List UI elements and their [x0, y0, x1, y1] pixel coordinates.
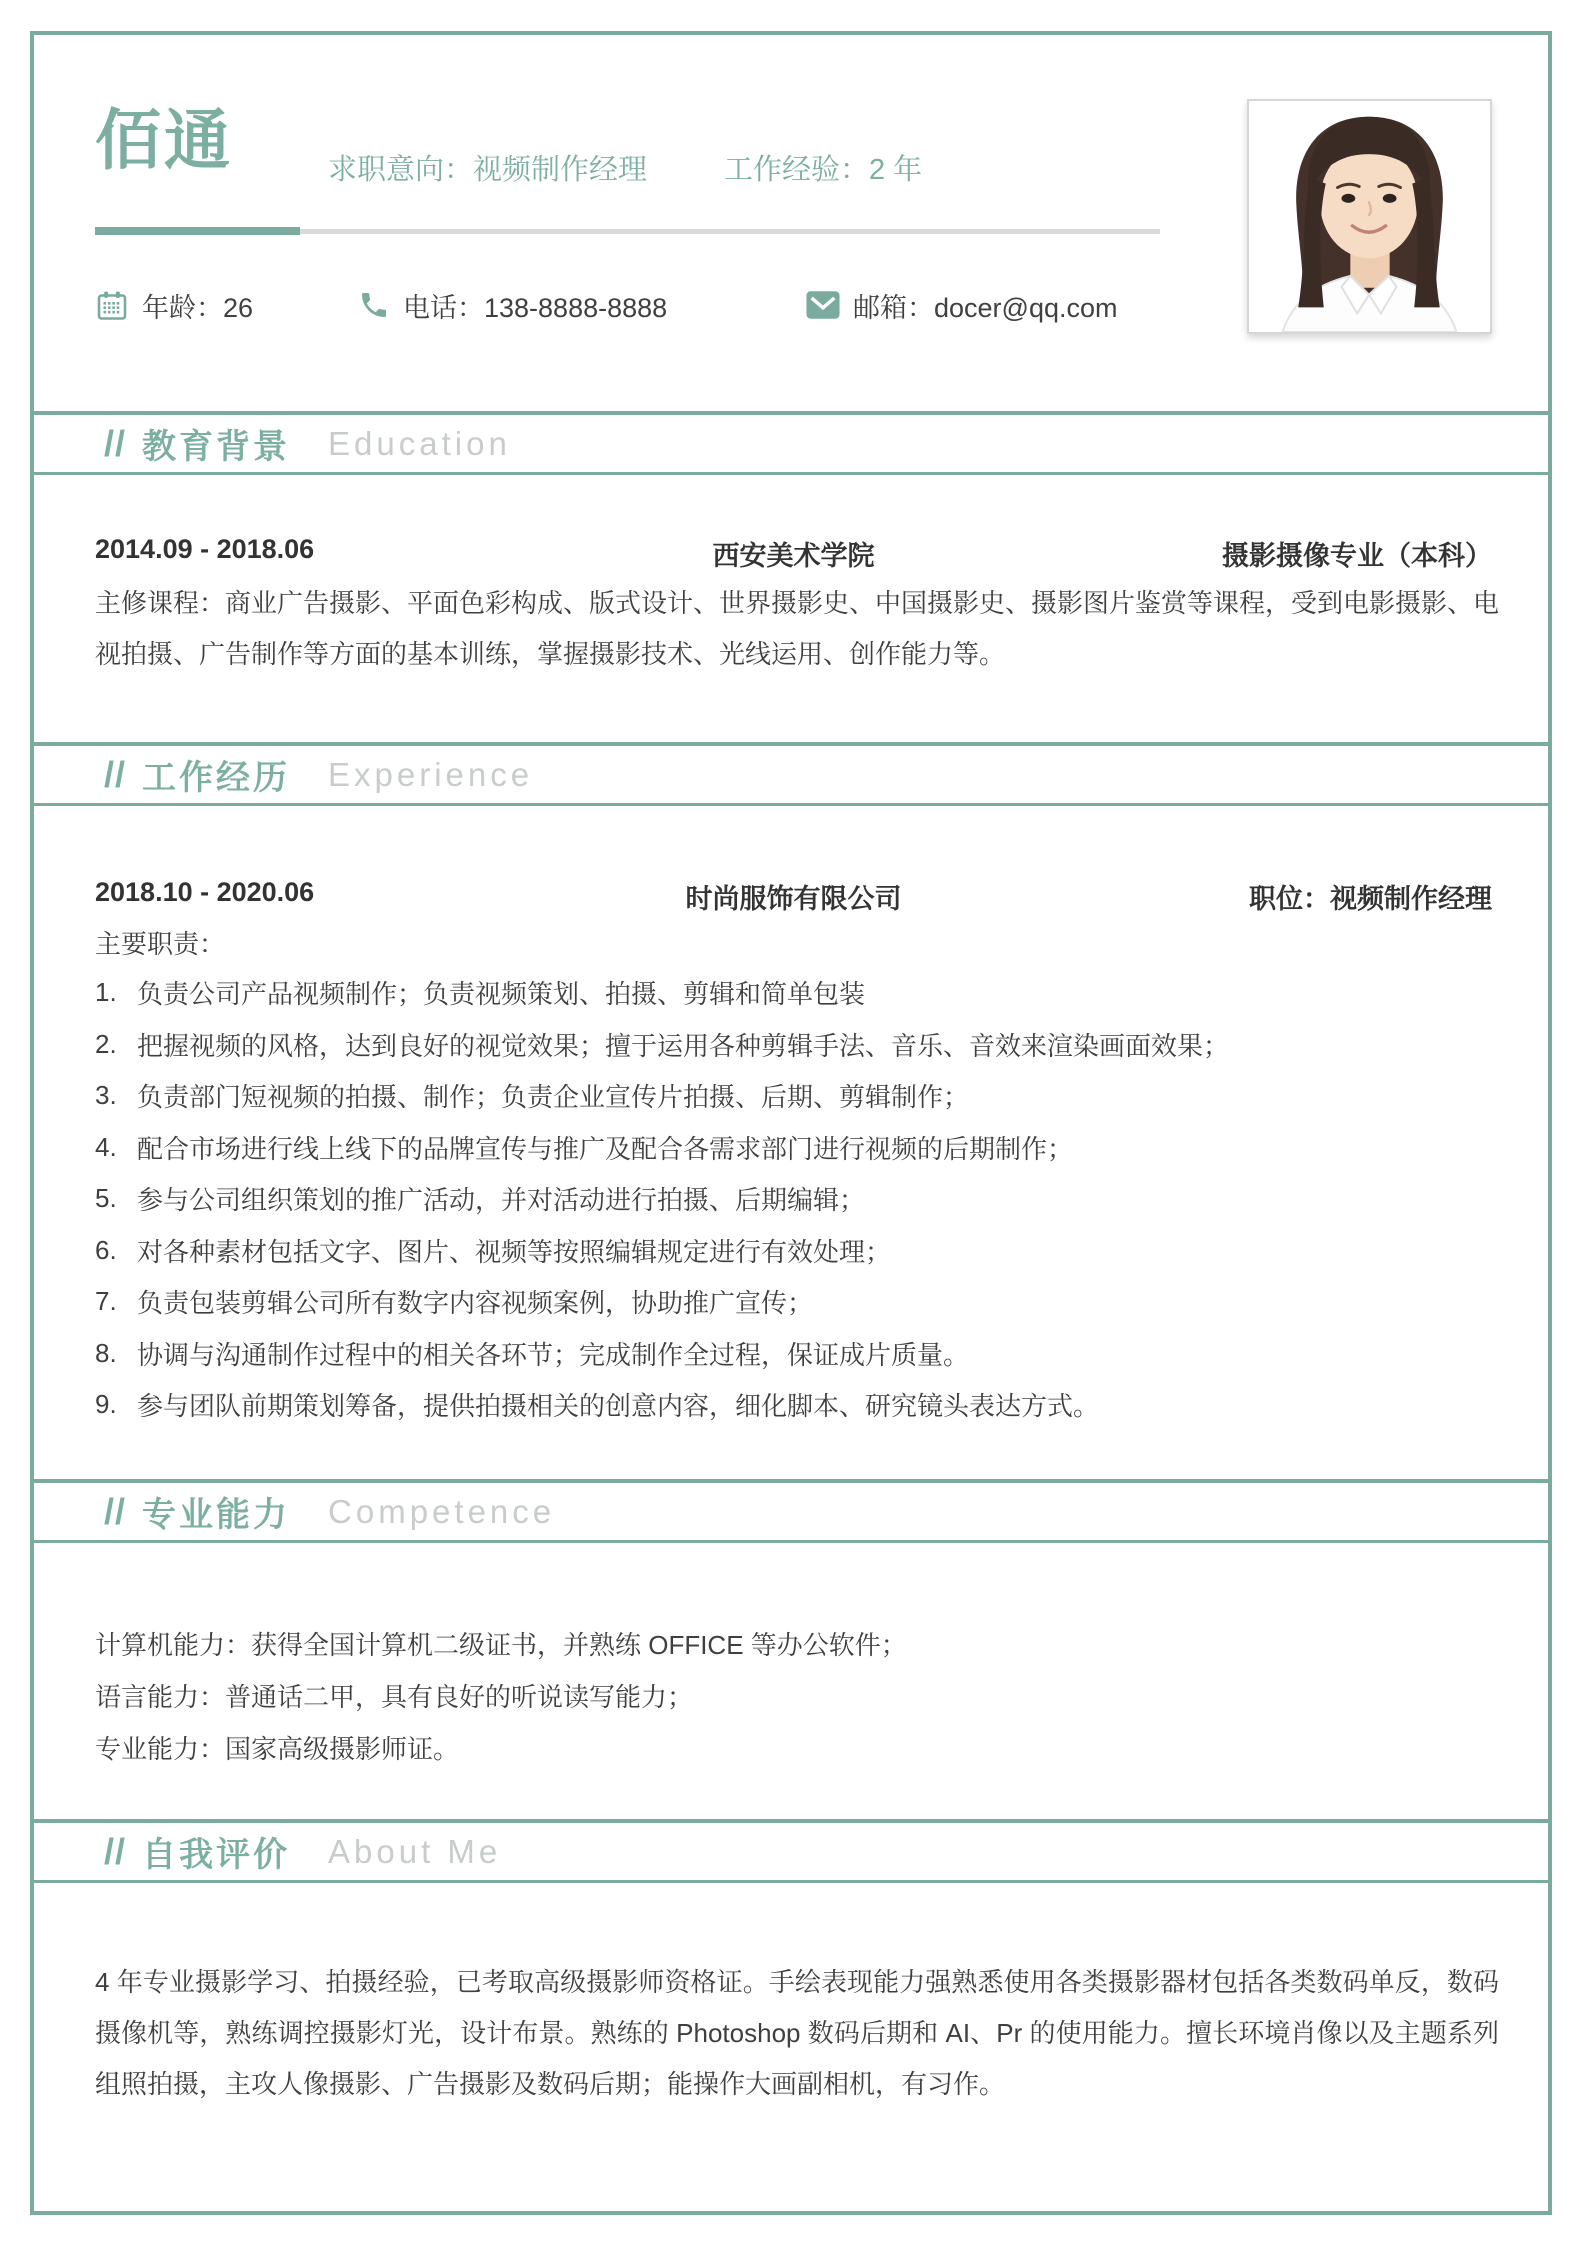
section-header-education: // 教育背景 Education — [34, 411, 1548, 475]
experience-dates: 2018.10 - 2020.06 — [95, 877, 686, 916]
experience-duties-label: 主要职责： — [95, 924, 225, 961]
section-slash: // — [104, 1831, 126, 1873]
contact-email-text: 邮箱：docer@qq.com — [853, 286, 1118, 325]
experience-duty-list: 1.负责公司产品视频制作；负责视频策划、拍摄、剪辑和简单包装 2.把握视频的风格… — [95, 967, 1499, 1431]
section-header-experience: // 工作经历 Experience — [34, 742, 1548, 806]
experience-company: 时尚服饰有限公司 — [686, 877, 902, 916]
duty-item: 6.对各种素材包括文字、图片、视频等按照编辑规定进行有效处理； — [95, 1225, 1499, 1277]
header-divider-accent — [95, 227, 300, 235]
section-title-en: Experience — [328, 756, 533, 794]
calendar-icon — [95, 288, 129, 322]
competence-line: 计算机能力：获得全国计算机二级证书，并熟练 OFFICE 等办公软件； — [95, 1619, 907, 1671]
contact-age-text: 年龄：26 — [142, 286, 253, 325]
duty-item: 1.负责公司产品视频制作；负责视频策划、拍摄、剪辑和简单包装 — [95, 967, 1499, 1019]
header-divider — [300, 229, 1160, 234]
section-title-en: About Me — [328, 1833, 501, 1871]
about-me-description: 4 年专业摄影学习、拍摄经验，已考取高级摄影师资格证。手绘表现能力强熟悉使用各类… — [95, 1957, 1499, 2110]
contact-email: 邮箱：docer@qq.com — [806, 285, 1118, 325]
candidate-name: 佰通 — [95, 104, 233, 177]
competence-line: 语言能力：普通话二甲，具有良好的听说读写能力； — [95, 1671, 907, 1723]
phone-icon — [358, 289, 390, 321]
experience-years: 工作经验：2 年 — [724, 147, 922, 188]
duty-item: 3.负责部门短视频的拍摄、制作；负责企业宣传片拍摄、后期、剪辑制作； — [95, 1070, 1499, 1122]
section-header-competence: // 专业能力 Competence — [34, 1479, 1548, 1543]
section-slash: // — [104, 423, 126, 465]
education-dates: 2014.09 - 2018.06 — [95, 534, 713, 573]
section-header-about: // 自我评价 About Me — [34, 1819, 1548, 1883]
duty-item: 4.配合市场进行线上线下的品牌宣传与推广及配合各需求部门进行视频的后期制作； — [95, 1122, 1499, 1174]
profile-photo — [1247, 99, 1492, 334]
section-title-en: Competence — [328, 1493, 555, 1531]
education-major: 摄影摄像专业（本科） — [875, 534, 1493, 573]
section-title-zh: 专业能力 — [142, 1487, 290, 1536]
contact-phone: 电话：138-8888-8888 — [358, 285, 667, 325]
contact-age: 年龄：26 — [95, 285, 253, 325]
job-intent: 求职意向：视频制作经理 — [328, 147, 647, 188]
contact-phone-text: 电话：138-8888-8888 — [403, 286, 667, 325]
education-description: 主修课程：商业广告摄影、平面色彩构成、版式设计、世界摄影史、中国摄影史、摄影图片… — [95, 578, 1499, 680]
education-meta-row: 2014.09 - 2018.06 西安美术学院 摄影摄像专业（本科） — [95, 534, 1492, 573]
section-title-en: Education — [328, 425, 511, 463]
section-slash: // — [104, 754, 126, 796]
section-title-zh: 教育背景 — [142, 419, 290, 468]
experience-position: 职位：视频制作经理 — [902, 877, 1493, 916]
education-school: 西安美术学院 — [713, 534, 875, 573]
competence-lines: 计算机能力：获得全国计算机二级证书，并熟练 OFFICE 等办公软件； 语言能力… — [95, 1619, 907, 1775]
duty-item: 7.负责包装剪辑公司所有数字内容视频案例，协助推广宣传； — [95, 1276, 1499, 1328]
section-title-zh: 自我评价 — [142, 1827, 290, 1876]
duty-item: 8.协调与沟通制作过程中的相关各环节；完成制作全过程，保证成片质量。 — [95, 1328, 1499, 1380]
competence-line: 专业能力：国家高级摄影师证。 — [95, 1723, 907, 1775]
duty-item: 9.参与团队前期策划筹备，提供拍摄相关的创意内容，细化脚本、研究镜头表达方式。 — [95, 1379, 1499, 1431]
section-slash: // — [104, 1491, 126, 1533]
experience-meta-row: 2018.10 - 2020.06 时尚服饰有限公司 职位：视频制作经理 — [95, 877, 1492, 916]
resume-page: 佰通 求职意向：视频制作经理 工作经验：2 年 年龄：26 电话：138-888… — [0, 0, 1587, 2245]
duty-item: 2.把握视频的风格，达到良好的视觉效果；擅于运用各种剪辑手法、音乐、音效来渲染画… — [95, 1019, 1499, 1071]
portrait-illustration — [1249, 101, 1490, 332]
mail-icon — [806, 290, 840, 320]
section-title-zh: 工作经历 — [142, 750, 290, 799]
duty-item: 5.参与公司组织策划的推广活动，并对活动进行拍摄、后期编辑； — [95, 1173, 1499, 1225]
